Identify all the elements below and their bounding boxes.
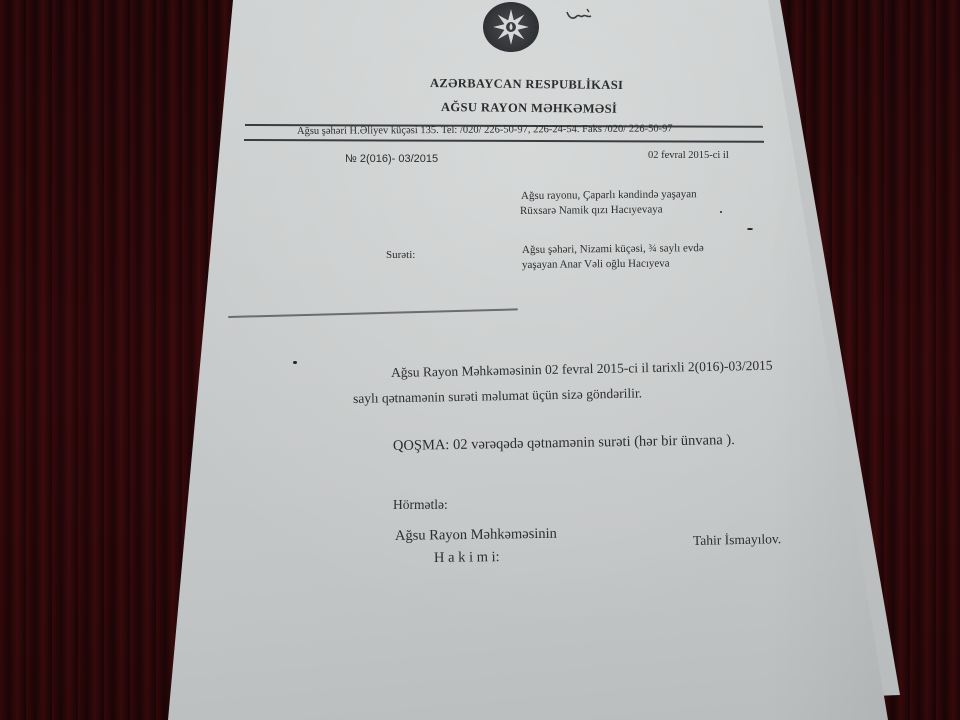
copy-line-2: yaşayan Anar Vəli oğlu Hacıyeva [522,257,670,271]
reference-number: № 2(016)- 03/2015 [345,153,438,165]
closing-greeting: Hörmətlə: [393,497,448,513]
copy-line-1: Ağsu şəhəri, Nizami küçəsi, ¾ saylı evdə [522,242,704,256]
document-date: 02 fevral 2015-ci il [648,150,729,161]
recipient-line-1: Ağsu rayonu, Çaparlı kəndində yaşayan [521,188,697,202]
signatory-name: Tahir İsmayılov. [693,531,781,549]
state-emblem-icon [483,2,539,52]
signatory-organization: Ağsu Rayon Məhkəməsinin [395,526,557,545]
header-court-name: AĞSU RAYON MƏHKƏMƏSİ [441,100,617,117]
handwritten-mark-icon [565,6,595,24]
header-country: AZƏRBAYCAN RESPUBLİKASI [430,76,624,93]
copy-label: Surəti: [386,249,415,261]
recipient-line-2: Rüxsarə Namik qızı Hacıyevaya [520,204,663,217]
signatory-title: H a k i m i: [434,549,500,567]
